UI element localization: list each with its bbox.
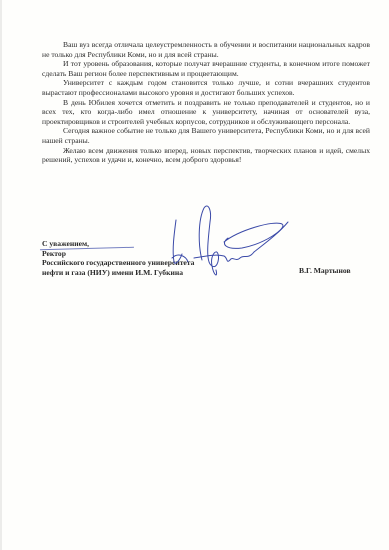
paragraph: В день Юбилея хочется отметить и поздрав… — [42, 98, 370, 127]
paragraph: Желаю всем движения только вперед, новых… — [42, 146, 370, 165]
paragraph: Ваш вуз всегда отличала целеустремленнос… — [42, 40, 370, 59]
paragraph: Сегодня важное событие не только для Ваш… — [42, 126, 370, 145]
paragraph: Университет с каждым годом становится то… — [42, 78, 370, 97]
letter-body: Ваш вуз всегда отличала целеустремленнос… — [42, 40, 370, 165]
paragraph: И тот уровень образования, которые получ… — [42, 59, 370, 78]
signer-name: В.Г. Мартынов — [299, 266, 351, 275]
letter-page: Ваш вуз всегда отличала целеустремленнос… — [0, 0, 389, 550]
handwritten-signature-icon — [164, 200, 294, 280]
